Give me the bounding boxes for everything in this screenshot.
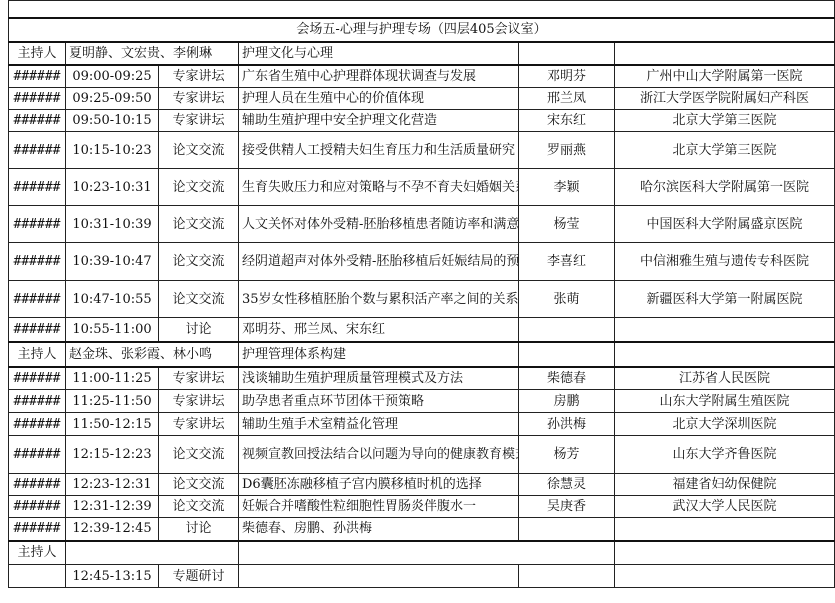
date-cell[interactable]: ###### (9, 169, 66, 206)
speaker-cell[interactable]: 邢兰凤 (519, 88, 615, 110)
session-hosts[interactable]: 赵金珠、张彩霞、林小鸣 (66, 342, 239, 367)
time-cell[interactable]: 10:47-10:55 (66, 281, 159, 318)
discussants-cell[interactable]: 邓明芬、邢兰凤、宋东红 (239, 318, 519, 342)
empty-cell[interactable] (519, 42, 615, 65)
affiliation-cell[interactable]: 山东大学齐鲁医院 (615, 436, 835, 474)
discussants-cell[interactable]: 柴德春、房鹏、孙洪梅 (239, 518, 519, 541)
affiliation-cell[interactable]: 哈尔滨医科大学附属第一医院 (615, 169, 835, 206)
topic-cell[interactable]: 浅谈辅助生殖护理质量管理模式及方法 (239, 367, 519, 390)
type-cell[interactable]: 论文交流 (159, 474, 239, 496)
type-cell[interactable]: 专家讲坛 (159, 110, 239, 132)
date-cell[interactable]: ###### (9, 88, 66, 110)
time-cell[interactable]: 10:15-10:23 (66, 132, 159, 169)
speaker-cell[interactable] (519, 565, 615, 588)
speaker-cell[interactable]: 房鹏 (519, 390, 615, 413)
speaker-cell[interactable]: 宋东红 (519, 110, 615, 132)
date-cell[interactable]: ###### (9, 110, 66, 132)
table-row: ###### 12:39-12:45 讨论 柴德春、房鹏、孙洪梅 (9, 518, 835, 541)
time-cell[interactable]: 10:55-11:00 (66, 318, 159, 342)
host-label[interactable]: 主持人 (9, 42, 66, 65)
date-cell[interactable]: ###### (9, 318, 66, 342)
time-cell[interactable]: 09:00-09:25 (66, 65, 159, 88)
time-cell[interactable]: 10:23-10:31 (66, 169, 159, 206)
topic-cell[interactable]: 辅助生殖手术室精益化管理 (239, 413, 519, 436)
type-cell[interactable]: 论文交流 (159, 496, 239, 518)
empty-cell[interactable] (519, 342, 615, 367)
table-row: ###### 09:25-09:50 专家讲坛 护理人员在生殖中心的价值体现 邢… (9, 88, 835, 110)
speaker-cell[interactable]: 杨莹 (519, 206, 615, 243)
date-cell[interactable]: ###### (9, 436, 66, 474)
table-row: ###### 10:47-10:55 论文交流 35岁女性移植胚胎个数与累积活产… (9, 281, 835, 318)
type-cell[interactable]: 论文交流 (159, 281, 239, 318)
topic-cell[interactable]: 生育失败压力和应对策略与不孕不育夫妇婚姻关系的相关性研究 (239, 169, 519, 206)
speaker-cell[interactable] (519, 318, 615, 342)
speaker-cell[interactable]: 柴德春 (519, 367, 615, 390)
affiliation-cell[interactable]: 北京大学第三医院 (615, 110, 835, 132)
time-cell[interactable]: 12:31-12:39 (66, 496, 159, 518)
type-cell[interactable]: 专家讲坛 (159, 65, 239, 88)
type-cell[interactable]: 专家讲坛 (159, 367, 239, 390)
topic-cell[interactable]: 35岁女性移植胚胎个数与累积活产率之间的关系 (239, 281, 519, 318)
speaker-cell[interactable]: 徐慧灵 (519, 474, 615, 496)
affiliation-cell[interactable] (615, 518, 835, 541)
topic-cell[interactable]: 接受供精人工授精夫妇生育压力和生活质量研究 (239, 132, 519, 169)
date-cell[interactable]: ###### (9, 243, 66, 281)
table-row: ###### 10:15-10:23 论文交流 接受供精人工授精夫妇生育压力和生… (9, 132, 835, 169)
host-label[interactable]: 主持人 (9, 541, 66, 565)
type-cell[interactable]: 专家讲坛 (159, 390, 239, 413)
date-cell[interactable]: ###### (9, 281, 66, 318)
type-cell[interactable]: 专家讲坛 (159, 88, 239, 110)
type-cell[interactable]: 专题研讨 (159, 565, 239, 588)
time-cell[interactable]: 12:23-12:31 (66, 474, 159, 496)
affiliation-cell[interactable]: 北京大学深圳医院 (615, 413, 835, 436)
table-row: ###### 11:50-12:15 专家讲坛 辅助生殖手术室精益化管理 孙洪梅… (9, 413, 835, 436)
affiliation-cell[interactable]: 新疆医科大学第一附属医院 (615, 281, 835, 318)
date-cell[interactable]: ###### (9, 413, 66, 436)
table-row: ###### 11:00-11:25 专家讲坛 浅谈辅助生殖护理质量管理模式及方… (9, 367, 835, 390)
type-cell[interactable]: 专家讲坛 (159, 413, 239, 436)
affiliation-cell[interactable]: 江苏省人民医院 (615, 367, 835, 390)
date-cell[interactable]: ###### (9, 518, 66, 541)
type-cell[interactable]: 讨论 (159, 518, 239, 541)
speaker-cell[interactable]: 孙洪梅 (519, 413, 615, 436)
date-cell[interactable]: ###### (9, 474, 66, 496)
session-hosts[interactable]: 夏明静、文宏贵、李俐琳 (66, 42, 239, 65)
affiliation-cell[interactable] (615, 318, 835, 342)
table-row: ###### 09:00-09:25 专家讲坛 广东省生殖中心护理群体现状调查与… (9, 65, 835, 88)
date-cell[interactable] (9, 565, 66, 588)
topic-cell[interactable]: 辅助生殖护理中安全护理文化营造 (239, 110, 519, 132)
empty-cell[interactable] (615, 42, 835, 65)
session-theme[interactable]: 护理文化与心理 (239, 42, 519, 65)
topic-cell[interactable]: 广东省生殖中心护理群体现状调查与发展 (239, 65, 519, 88)
topic-cell[interactable]: 护理人员在生殖中心的价值体现 (239, 88, 519, 110)
affiliation-cell[interactable] (615, 565, 835, 588)
speaker-cell[interactable] (519, 518, 615, 541)
venue-title[interactable]: 会场五-心理与护理专场（四层405会议室） (9, 18, 835, 42)
time-cell[interactable]: 12:39-12:45 (66, 518, 159, 541)
type-cell[interactable]: 论文交流 (159, 243, 239, 281)
date-cell[interactable]: ###### (9, 206, 66, 243)
affiliation-cell[interactable]: 中国医科大学附属盛京医院 (615, 206, 835, 243)
affiliation-cell[interactable]: 武汉大学人民医院 (615, 496, 835, 518)
empty-header-cell[interactable] (9, 1, 835, 18)
speaker-cell[interactable]: 杨芳 (519, 436, 615, 474)
time-cell[interactable]: 11:00-11:25 (66, 367, 159, 390)
table-row: ###### 10:39-10:47 论文交流 经阴道超声对体外受精-胚胎移植后… (9, 243, 835, 281)
topic-cell[interactable]: 妊娠合并嗜酸性粒细胞性胃肠炎伴腹水一 (239, 496, 519, 518)
type-cell[interactable]: 论文交流 (159, 436, 239, 474)
empty-cell[interactable] (615, 342, 835, 367)
table-row: 12:45-13:15 专题研讨 (9, 565, 835, 588)
topic-cell[interactable]: 视频宣教回授法结合以问题为导向的健康教育模式在体外受精-胚胎移植患者中的 (239, 436, 519, 474)
session-theme[interactable] (239, 541, 615, 565)
time-cell[interactable]: 09:25-09:50 (66, 88, 159, 110)
speaker-cell[interactable]: 邓明芬 (519, 65, 615, 88)
time-cell[interactable]: 09:50-10:15 (66, 110, 159, 132)
affiliation-cell[interactable]: 山东大学附属生殖医院 (615, 390, 835, 413)
affiliation-cell[interactable]: 中信湘雅生殖与遗传专科医院 (615, 243, 835, 281)
date-cell[interactable]: ###### (9, 132, 66, 169)
affiliation-cell[interactable]: 浙江大学医学院附属妇产科医 (615, 88, 835, 110)
type-cell[interactable]: 讨论 (159, 318, 239, 342)
table-row: ###### 10:23-10:31 论文交流 生育失败压力和应对策略与不孕不育… (9, 169, 835, 206)
time-cell[interactable]: 10:31-10:39 (66, 206, 159, 243)
speaker-cell[interactable]: 张萌 (519, 281, 615, 318)
host-label[interactable]: 主持人 (9, 342, 66, 367)
affiliation-cell[interactable]: 北京大学第三医院 (615, 132, 835, 169)
date-cell[interactable]: ###### (9, 367, 66, 390)
session-theme[interactable]: 护理管理体系构建 (239, 342, 519, 367)
date-cell[interactable]: ###### (9, 496, 66, 518)
speaker-cell[interactable]: 吴庚香 (519, 496, 615, 518)
table-row: ###### 12:23-12:31 论文交流 D6囊胚冻融移植子宫内膜移植时机… (9, 474, 835, 496)
speaker-cell[interactable]: 李颖 (519, 169, 615, 206)
type-cell[interactable]: 论文交流 (159, 206, 239, 243)
time-cell[interactable]: 11:50-12:15 (66, 413, 159, 436)
time-cell[interactable]: 12:45-13:15 (66, 565, 159, 588)
empty-cell[interactable] (615, 541, 835, 565)
affiliation-cell[interactable]: 福建省妇幼保健院 (615, 474, 835, 496)
time-cell[interactable]: 10:39-10:47 (66, 243, 159, 281)
topic-cell[interactable] (239, 565, 519, 588)
table-row: ###### 10:55-11:00 讨论 邓明芬、邢兰凤、宋东红 (9, 318, 835, 342)
date-cell[interactable]: ###### (9, 65, 66, 88)
time-cell[interactable]: 11:25-11:50 (66, 390, 159, 413)
date-cell[interactable]: ###### (9, 390, 66, 413)
table-row: ###### 12:15-12:23 论文交流 视频宣教回授法结合以问题为导向的… (9, 436, 835, 474)
table-row: ###### 10:31-10:39 论文交流 人文关怀对体外受精-胚胎移植患者… (9, 206, 835, 243)
topic-cell[interactable]: 人文关怀对体外受精-胚胎移植患者随访率和满意度的影响 (239, 206, 519, 243)
topic-cell[interactable]: 助孕患者重点环节团体干预策略 (239, 390, 519, 413)
type-cell[interactable]: 论文交流 (159, 132, 239, 169)
topic-cell[interactable]: 经阴道超声对体外受精-胚胎移植后妊娠结局的预测价值 (239, 243, 519, 281)
session-hosts[interactable] (66, 541, 239, 565)
table-row: ###### 11:25-11:50 专家讲坛 助孕患者重点环节团体干预策略 房… (9, 390, 835, 413)
schedule-table: 会场五-心理与护理专场（四层405会议室） 主持人 夏明静、文宏贵、李俐琳 护理… (8, 0, 835, 588)
speaker-cell[interactable]: 李喜红 (519, 243, 615, 281)
time-cell[interactable]: 12:15-12:23 (66, 436, 159, 474)
affiliation-cell[interactable]: 广州中山大学附属第一医院 (615, 65, 835, 88)
speaker-cell[interactable]: 罗丽燕 (519, 132, 615, 169)
table-row: ###### 09:50-10:15 专家讲坛 辅助生殖护理中安全护理文化营造 … (9, 110, 835, 132)
topic-cell[interactable]: D6囊胚冻融移植子宫内膜移植时机的选择 (239, 474, 519, 496)
type-cell[interactable]: 论文交流 (159, 169, 239, 206)
table-row: ###### 12:31-12:39 论文交流 妊娠合并嗜酸性粒细胞性胃肠炎伴腹… (9, 496, 835, 518)
